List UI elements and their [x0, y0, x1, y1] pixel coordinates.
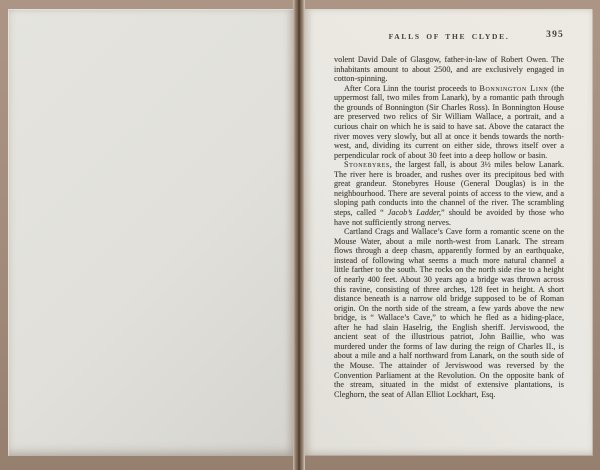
paragraph: volent David Dale of Glasgow, father-in-… [334, 55, 564, 84]
text-run: After Cora Linn the tourist proceeds to [344, 84, 479, 93]
text-run: volent David Dale of Glasgow, father-in-… [334, 55, 564, 83]
left-page-blank [8, 9, 294, 456]
page-body: volent David Dale of Glasgow, father-in-… [334, 55, 564, 399]
right-page: FALLS OF THE CLYDE. 395 volent David Dal… [305, 9, 593, 456]
page-header: FALLS OF THE CLYDE. 395 [334, 32, 564, 42]
paragraph: After Cora Linn the tourist proceeds to … [334, 84, 564, 161]
paragraph: Stonebyres, the largest fall, is about 3… [334, 160, 564, 227]
page-content: FALLS OF THE CLYDE. 395 volent David Dal… [334, 32, 564, 399]
page-number: 395 [546, 30, 564, 40]
text-run-italic: Jacob’s Ladder, [388, 208, 441, 217]
paragraph: Cartland Crags and Wallace’s Cave form a… [334, 227, 564, 399]
text-run-smallcaps: Stonebyres [344, 160, 390, 169]
text-run-smallcaps: Bonnington Linn [479, 84, 548, 93]
text-run: (the uppermost fall, two miles from Lana… [334, 84, 564, 160]
text-run: Cartland Crags and Wallace’s Cave form a… [334, 227, 564, 399]
running-title: FALLS OF THE CLYDE. [334, 32, 564, 41]
book-gutter [293, 0, 305, 470]
book-photo: FALLS OF THE CLYDE. 395 volent David Dal… [0, 0, 600, 470]
